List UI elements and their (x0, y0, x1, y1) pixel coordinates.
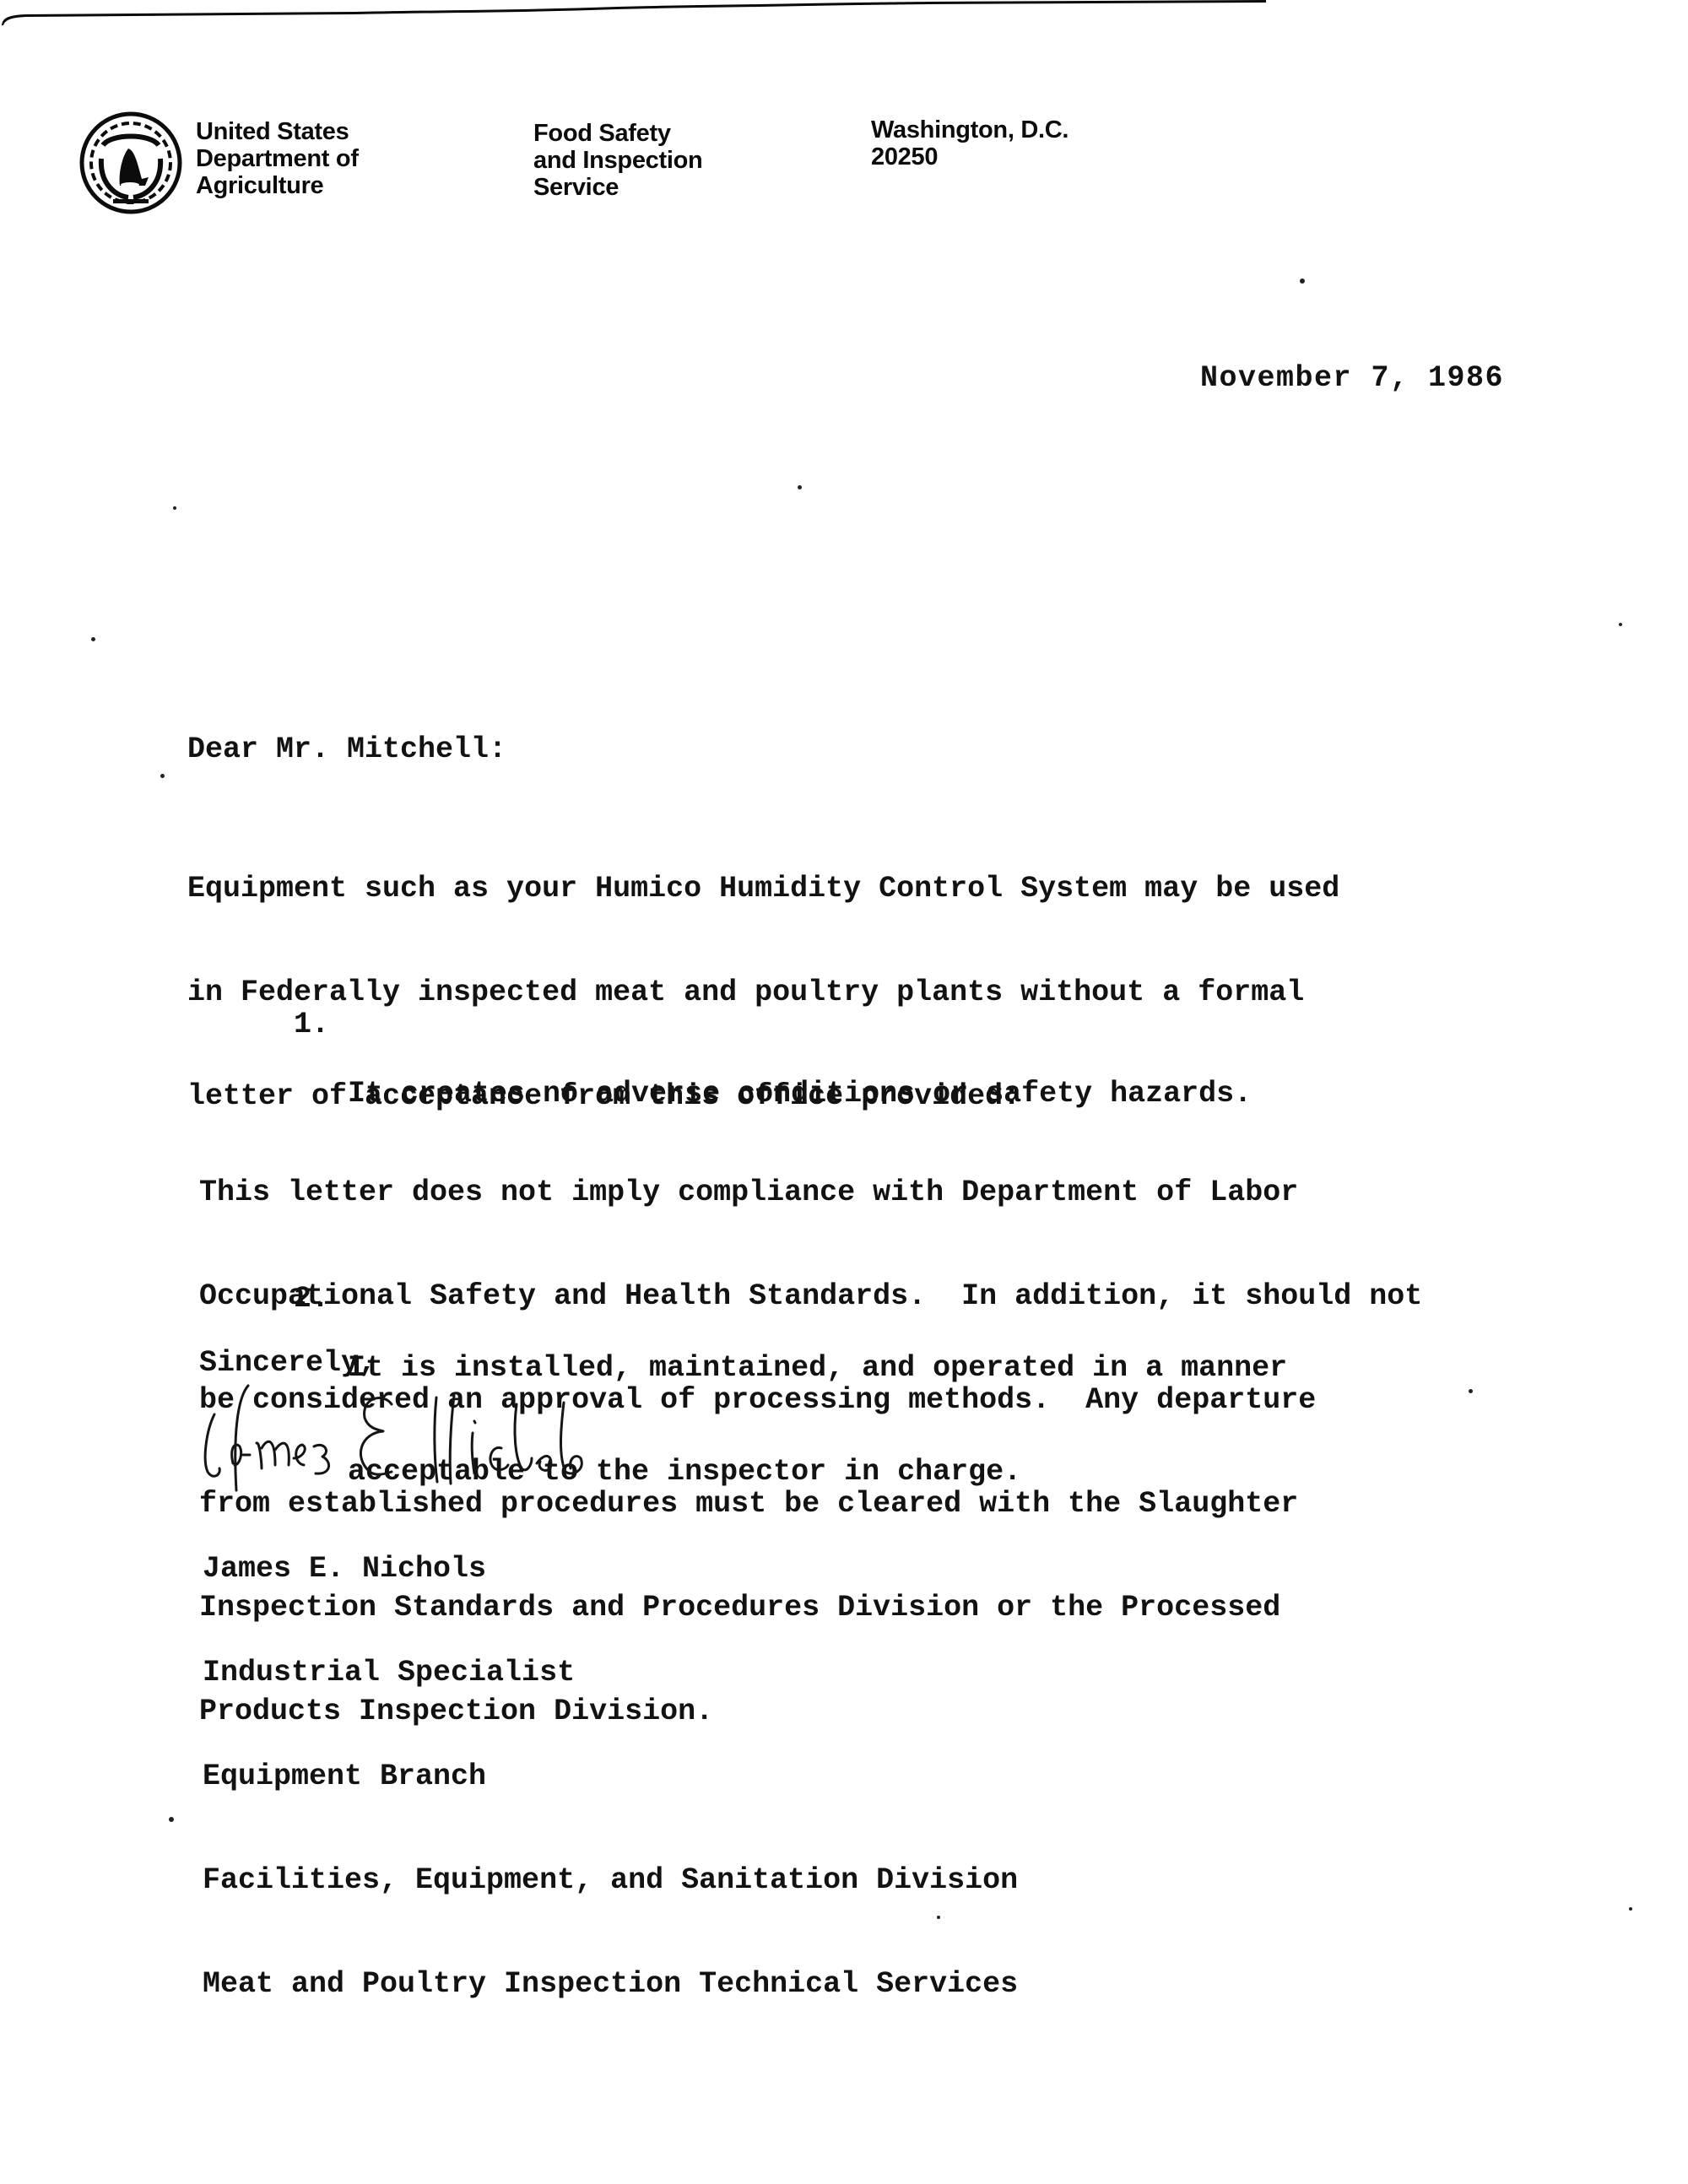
speck (1469, 1389, 1473, 1393)
agency-line: Agriculture (196, 172, 359, 199)
signer-branch: Equipment Branch (203, 1760, 1018, 1794)
service-line: Service (533, 174, 702, 201)
salutation: Dear Mr. Mitchell: (187, 733, 506, 767)
signer-name: James E. Nichols (203, 1552, 1018, 1587)
agency-name: United States Department of Agriculture (196, 118, 359, 199)
speck (1300, 278, 1305, 284)
speck (173, 506, 176, 510)
service-line: Food Safety (533, 120, 702, 147)
speck (169, 1817, 174, 1822)
speck (91, 637, 95, 641)
agency-line: United States (196, 118, 359, 145)
signer-office: Meat and Poultry Inspection Technical Se… (203, 1967, 1018, 2002)
paragraph-line: Equipment such as your Humico Humidity C… (187, 872, 1339, 906)
service-line: and Inspection (533, 147, 702, 174)
paragraph-line: Occupational Safety and Health Standards… (199, 1279, 1422, 1314)
closing: Sincerely, (199, 1346, 376, 1381)
speck (937, 1916, 940, 1919)
address-line: 20250 (871, 143, 1069, 170)
speck (798, 485, 802, 489)
speck (160, 774, 165, 778)
letter-date: November 7, 1986 (1200, 361, 1504, 396)
speck (1619, 623, 1622, 626)
address-line: Washington, D.C. (871, 116, 1069, 143)
signer-division: Facilities, Equipment, and Sanitation Di… (203, 1863, 1018, 1898)
handwritten-signature (196, 1381, 837, 1495)
service-name: Food Safety and Inspection Service (533, 120, 702, 201)
signer-block: James E. Nichols Industrial Specialist E… (203, 1483, 1018, 2036)
speck (1629, 1907, 1632, 1911)
signer-title: Industrial Specialist (203, 1656, 1018, 1690)
agency-line: Department of (196, 145, 359, 172)
office-address: Washington, D.C. 20250 (871, 116, 1069, 170)
scan-edge-line (0, 0, 1688, 34)
paragraph-line: This letter does not imply compliance wi… (199, 1176, 1422, 1210)
usda-seal-icon (78, 108, 184, 218)
